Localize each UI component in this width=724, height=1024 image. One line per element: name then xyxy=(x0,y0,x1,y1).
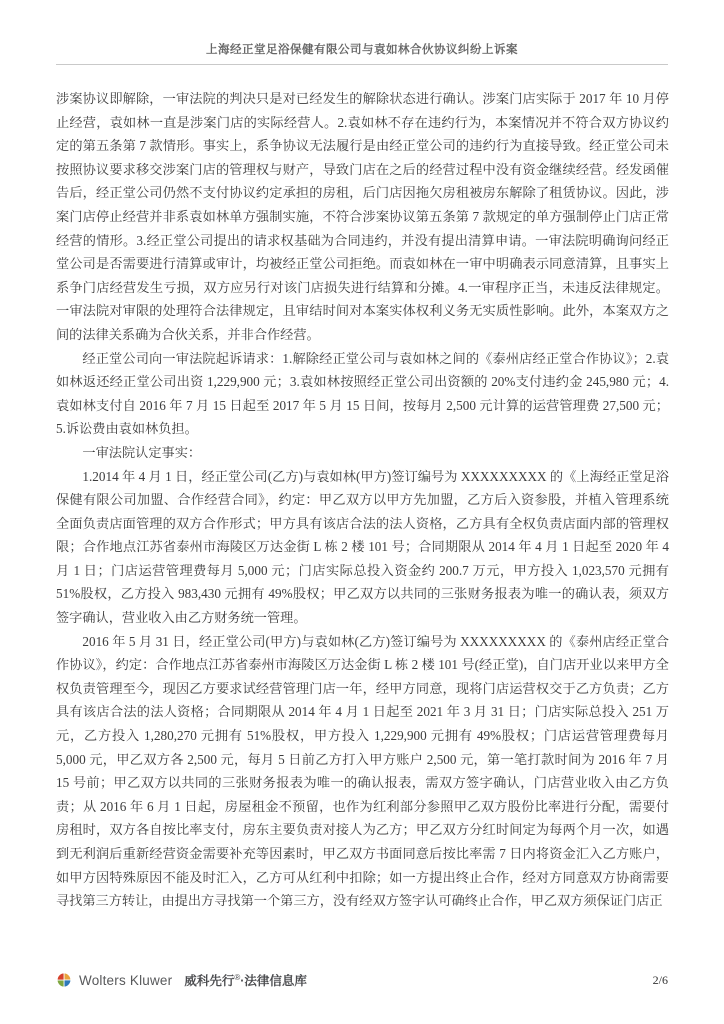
body-paragraph: 2016 年 5 月 31 日，经正堂公司(甲方)与袁如林(乙方)签订编号为 X… xyxy=(56,630,669,913)
brand-group: Wolters Kluwer 威科先行®·法律信息库 xyxy=(56,971,307,989)
product-name-text: 威科先行 xyxy=(184,974,234,988)
body-paragraph: 1.2014 年 4 月 1 日，经正堂公司(乙方)与袁如林(甲方)签订编号为 … xyxy=(56,465,669,630)
document-page: 上海经正堂足浴保健有限公司与袁如林合伙协议纠纷上诉案 涉案协议即解除，一审法院的… xyxy=(0,0,724,1024)
document-header: 上海经正堂足浴保健有限公司与袁如林合伙协议纠纷上诉案 xyxy=(56,0,668,65)
body-paragraph: 一审法院认定事实： xyxy=(56,441,669,465)
wolters-kluwer-logo-icon xyxy=(56,972,72,988)
document-body: 涉案协议即解除，一审法院的判决只是对已经发生的解除状态进行确认。涉案门店实际于 … xyxy=(56,87,669,913)
body-paragraph: 经正堂公司向一审法院起诉请求：1.解除经正堂公司与袁如林之间的《泰州店经正堂合作… xyxy=(56,347,669,441)
case-title: 上海经正堂足浴保健有限公司与袁如林合伙协议纠纷上诉案 xyxy=(56,41,668,57)
body-paragraph: 涉案协议即解除，一审法院的判决只是对已经发生的解除状态进行确认。涉案门店实际于 … xyxy=(56,87,669,347)
document-footer: Wolters Kluwer 威科先行®·法律信息库 2/6 xyxy=(56,968,668,992)
page-number: 2/6 xyxy=(653,973,668,988)
brand-name: Wolters Kluwer xyxy=(79,973,172,988)
product-name: 威科先行®·法律信息库 xyxy=(184,971,307,989)
product-name-suffix: ·法律信息库 xyxy=(240,974,307,988)
